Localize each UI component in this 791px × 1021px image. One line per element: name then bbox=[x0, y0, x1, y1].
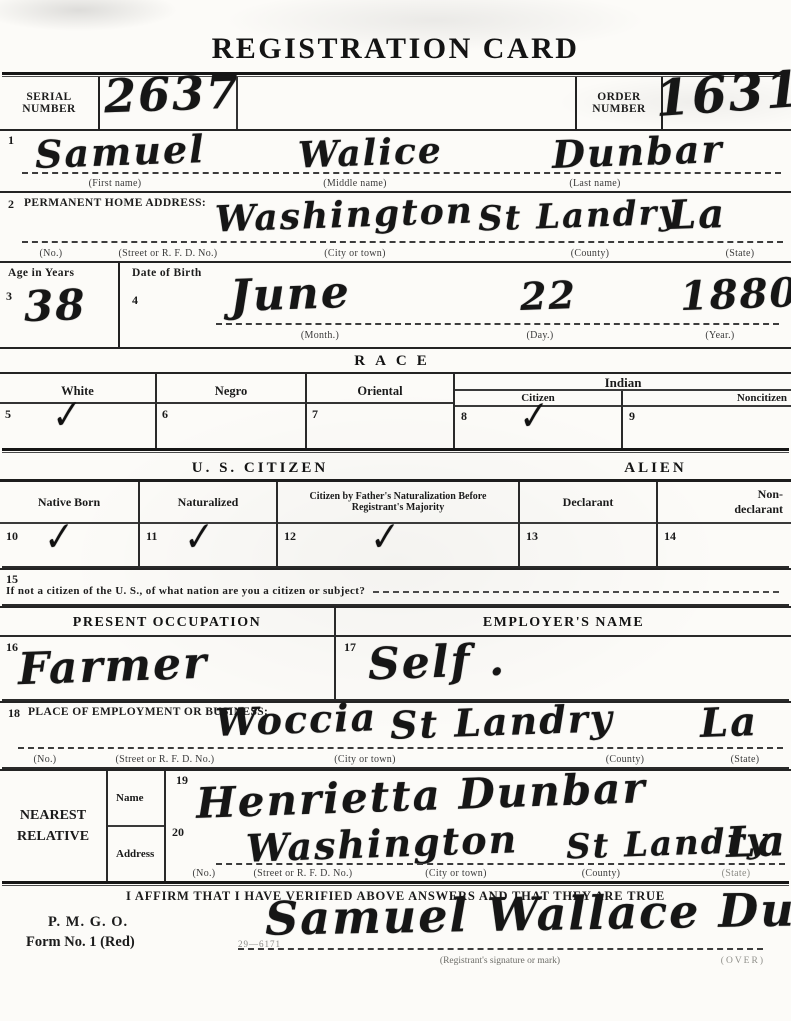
home-address-row: 2 PERMANENT HOME ADDRESS: Washington St … bbox=[0, 191, 791, 261]
race-table: White 5 ✓ Negro 6 Oriental 7 Indian bbox=[0, 372, 791, 448]
relative-sublabels: Name Address bbox=[108, 771, 166, 881]
age-header: Age in Years bbox=[8, 267, 74, 279]
relative-state-caption: (State) bbox=[696, 868, 776, 879]
last-name-caption: (Last name) bbox=[515, 178, 675, 189]
nondeclarant-label-text: Non-declarant bbox=[719, 487, 783, 517]
father-naturalization-cell: 12 ✓ bbox=[278, 524, 518, 566]
address-county-caption: (County) bbox=[540, 248, 640, 259]
relative-county-caption: (County) bbox=[556, 868, 646, 879]
employment-place-row: 18 PLACE OF EMPLOYMENT OR BUSINESS: Wocc… bbox=[0, 701, 791, 767]
form-number-label: Form No. 1 (Red) bbox=[26, 934, 135, 951]
race-col-white: White 5 ✓ bbox=[0, 374, 157, 448]
checkmark-father-naturalization: ✓ bbox=[370, 516, 400, 559]
title-block: REGISTRATION CARD bbox=[0, 0, 791, 72]
address-city-caption: (City or town) bbox=[290, 248, 420, 259]
employment-cityname-caption: (City or town) bbox=[300, 754, 430, 765]
serial-empty-box bbox=[238, 77, 575, 129]
line-number-12: 12 bbox=[284, 529, 296, 544]
occupation-cell: 16 Farmer bbox=[0, 637, 336, 699]
race-indian-subcolumns: Citizen 8 ✓ Noncitizen 9 bbox=[455, 391, 791, 448]
dob-year-caption: (Year.) bbox=[665, 330, 775, 341]
line-number-9: 9 bbox=[629, 409, 635, 424]
name-row: 1 Samuel Walice Dunbar (First name) (Mid… bbox=[0, 129, 791, 191]
race-indian-label: Indian bbox=[455, 374, 791, 391]
line-number-5: 5 bbox=[5, 407, 11, 422]
employment-street-caption: (Street or R. F. D. No.) bbox=[85, 754, 245, 765]
dob-day-caption: (Day.) bbox=[490, 330, 590, 341]
nondeclarant-label: Non-declarant bbox=[658, 482, 791, 524]
present-occupation-header: PRESENT OCCUPATION bbox=[0, 608, 336, 635]
citizen-col-declarant: Declarant 13 bbox=[520, 482, 658, 566]
checkmark-indian-citizen: ✓ bbox=[519, 395, 549, 438]
card-title: REGISTRATION CARD bbox=[0, 32, 791, 66]
dob-cell: Date of Birth 4 June 22 1880 (Month.) (D… bbox=[120, 263, 791, 347]
employment-no-caption: (No.) bbox=[20, 754, 70, 765]
native-born-cell: 10 ✓ bbox=[0, 524, 138, 566]
first-name-value: Samuel bbox=[34, 130, 206, 174]
serial-number-label: SERIAL NUMBER bbox=[0, 77, 100, 129]
line-number-15: 15 bbox=[6, 572, 18, 587]
signature-baseline bbox=[238, 948, 763, 950]
race-negro-label: Negro bbox=[157, 374, 305, 404]
nondeclarant-cell: 14 bbox=[658, 524, 791, 566]
relative-address-baseline bbox=[216, 863, 785, 865]
nearest-relative-header: NEAREST RELATIVE bbox=[0, 771, 108, 881]
relative-street-caption: (Street or R. F. D. No.) bbox=[228, 868, 378, 879]
dob-baseline bbox=[216, 323, 779, 325]
over-note: (OVER) bbox=[721, 956, 765, 966]
employment-county-value: St Landry bbox=[389, 699, 614, 745]
age-dob-row: Age in Years 3 38 Date of Birth 4 June 2… bbox=[0, 261, 791, 347]
checkmark-naturalized: ✓ bbox=[184, 516, 214, 559]
employer-cell: 17 Self . bbox=[336, 637, 791, 699]
line-number-10: 10 bbox=[6, 529, 18, 544]
employers-name-header: EMPLOYER'S NAME bbox=[336, 608, 791, 635]
race-header-row: RACE bbox=[0, 347, 791, 372]
line-number-8: 8 bbox=[461, 409, 467, 424]
employment-city-value: Woccia bbox=[214, 698, 377, 742]
alien-header: ALIEN bbox=[520, 453, 791, 479]
address-state-caption: (State) bbox=[705, 248, 775, 259]
first-name-caption: (First name) bbox=[40, 178, 190, 189]
relative-name-label: Name bbox=[108, 771, 164, 827]
line-number-4: 4 bbox=[132, 293, 138, 308]
employment-state-value: La bbox=[699, 702, 758, 744]
dob-header: Date of Birth bbox=[132, 267, 202, 279]
declarant-label: Declarant bbox=[520, 482, 656, 524]
middle-name-caption: (Middle name) bbox=[275, 178, 435, 189]
order-number-box: 1631 bbox=[663, 77, 791, 129]
occupation-header-row: PRESENT OCCUPATION EMPLOYER'S NAME bbox=[0, 606, 791, 637]
indian-noncitizen-label: Noncitizen bbox=[623, 391, 791, 407]
last-name-value: Dunbar bbox=[551, 130, 724, 174]
indian-noncitizen-col: Noncitizen 9 bbox=[623, 391, 791, 448]
dob-year-value: 1880 bbox=[679, 273, 791, 317]
order-number-label: ORDER NUMBER bbox=[575, 77, 663, 129]
order-number-value: 1631 bbox=[653, 64, 791, 124]
pmgo-label: P. M. G. O. bbox=[48, 914, 128, 931]
nation-question-label: If not a citizen of the U. S., of what n… bbox=[6, 585, 365, 597]
checkmark-native-born: ✓ bbox=[44, 516, 74, 559]
relative-name-value: Henrietta Dunbar bbox=[195, 767, 647, 825]
occupation-value: Farmer bbox=[17, 642, 209, 693]
dob-month-value: June bbox=[229, 271, 351, 319]
race-white-cell: 5 ✓ bbox=[0, 404, 155, 448]
race-col-negro: Negro 6 bbox=[157, 374, 307, 448]
line-number-7: 7 bbox=[312, 407, 318, 422]
address-street-caption: (Street or R. F. D. No.) bbox=[88, 248, 248, 259]
nearest-relative-row: NEAREST RELATIVE Name Address 19 Henriet… bbox=[0, 769, 791, 881]
address-county-value: St Landry bbox=[477, 195, 680, 236]
citizen-col-nondeclarant: Non-declarant 14 bbox=[658, 482, 791, 566]
signature-caption: (Registrant's signature or mark) bbox=[380, 956, 620, 966]
dob-day-value: 22 bbox=[519, 276, 577, 316]
nation-question-row: 15 If not a citizen of the U. S., of wha… bbox=[0, 568, 791, 604]
relative-city-caption: (City or town) bbox=[396, 868, 516, 879]
employer-value: Self . bbox=[367, 639, 507, 688]
occupation-value-row: 16 Farmer 17 Self . bbox=[0, 637, 791, 699]
line-number-17: 17 bbox=[344, 640, 356, 655]
declarant-cell: 13 bbox=[520, 524, 656, 566]
registrant-signature: Samuel Wallace Dunbar bbox=[265, 884, 791, 941]
age-cell: Age in Years 3 38 bbox=[0, 263, 120, 347]
naturalized-cell: 11 ✓ bbox=[140, 524, 276, 566]
line-number-13: 13 bbox=[526, 529, 538, 544]
line-number-19: 19 bbox=[176, 773, 188, 788]
line-number-16: 16 bbox=[6, 640, 18, 655]
indian-citizen-cell: 8 ✓ bbox=[455, 407, 621, 448]
registration-card: REGISTRATION CARD SERIAL NUMBER 2637 ORD… bbox=[0, 0, 791, 1021]
line-number-2: 2 bbox=[8, 197, 14, 212]
line-number-6: 6 bbox=[162, 407, 168, 422]
employment-baseline bbox=[18, 747, 783, 749]
footer-row: P. M. G. O. Form No. 1 (Red) 29—6171 Sam… bbox=[0, 906, 791, 978]
home-address-label: PERMANENT HOME ADDRESS: bbox=[24, 197, 206, 209]
age-value: 38 bbox=[23, 284, 87, 328]
relative-address-state-value: La bbox=[725, 820, 787, 864]
relative-values: 19 Henrietta Dunbar 20 Washington St Lan… bbox=[166, 771, 791, 881]
line-number-20: 20 bbox=[172, 825, 184, 840]
line-number-14: 14 bbox=[664, 529, 676, 544]
race-col-oriental: Oriental 7 bbox=[307, 374, 455, 448]
serial-number-value: 2637 bbox=[103, 69, 241, 120]
line-number-3: 3 bbox=[6, 289, 12, 304]
address-baseline bbox=[22, 241, 783, 243]
citizenship-table: Native Born 10 ✓ Naturalized 11 ✓ Citize… bbox=[0, 482, 791, 566]
race-oriental-cell: 7 bbox=[307, 404, 453, 448]
race-oriental-label: Oriental bbox=[307, 374, 453, 404]
race-header: RACE bbox=[354, 353, 437, 369]
name-baseline bbox=[22, 172, 781, 174]
relative-address-label: Address bbox=[108, 827, 164, 881]
address-state-value: La bbox=[667, 194, 726, 236]
citizen-col-native-born: Native Born 10 ✓ bbox=[0, 482, 140, 566]
middle-name-value: Walice bbox=[297, 132, 443, 173]
address-city-value: Washington bbox=[214, 192, 474, 237]
race-negro-cell: 6 bbox=[157, 404, 305, 448]
address-no-caption: (No.) bbox=[26, 248, 76, 259]
checkmark-white: ✓ bbox=[52, 394, 82, 437]
citizen-col-naturalized: Naturalized 11 ✓ bbox=[140, 482, 278, 566]
employment-state-caption: (State) bbox=[710, 754, 780, 765]
relative-address-city-value: Washington bbox=[245, 820, 518, 867]
indian-noncitizen-cell: 9 bbox=[623, 407, 791, 448]
citizenship-header-row: U. S. CITIZEN ALIEN bbox=[0, 453, 791, 482]
us-citizen-header: U. S. CITIZEN bbox=[0, 453, 520, 479]
nation-answer-blank bbox=[373, 591, 779, 593]
indian-citizen-col: Citizen 8 ✓ bbox=[455, 391, 623, 448]
line-number-18: 18 bbox=[8, 706, 20, 721]
line-number-11: 11 bbox=[146, 529, 157, 544]
citizen-col-father-naturalization: Citizen by Father's Naturalization Befor… bbox=[278, 482, 520, 566]
race-col-indian: Indian Citizen 8 ✓ Noncitizen 9 bbox=[455, 374, 791, 448]
serial-order-row: SERIAL NUMBER 2637 ORDER NUMBER 1631 bbox=[0, 77, 791, 129]
relative-no-caption: (No.) bbox=[182, 868, 226, 879]
line-number-1: 1 bbox=[8, 133, 14, 148]
dob-month-caption: (Month.) bbox=[260, 330, 380, 341]
